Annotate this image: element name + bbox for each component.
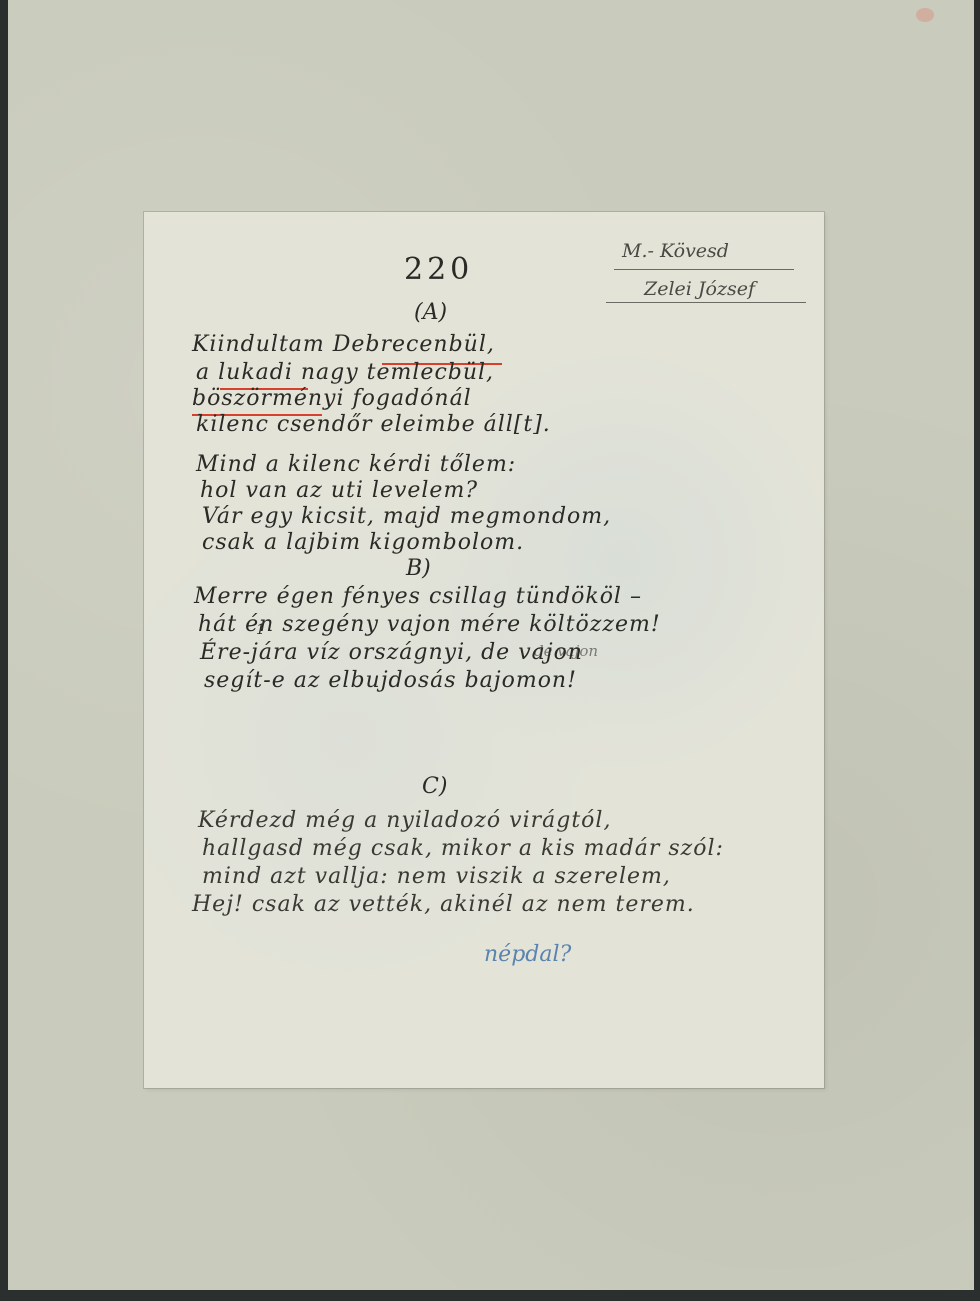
verse-line: Kérdezd még a nyiladozó virágtól, <box>198 808 611 833</box>
attribution-underline-1 <box>614 269 794 270</box>
section-c-label: C) <box>422 774 447 799</box>
verse-line: segít-e az elbujdosás bajomon! <box>204 668 577 693</box>
item-number: 220 <box>404 252 473 287</box>
superscript-mark: 1 <box>256 622 265 638</box>
verse-line: Kiindultam Debrecenbül, <box>192 332 495 357</box>
verse-line: hallgasd még csak, mikor a kis madár szó… <box>202 836 724 861</box>
section-a-label: (A) <box>414 300 447 325</box>
attribution-name: Zelei József <box>644 278 755 300</box>
verse-line: Mind a kilenc kérdi tőlem: <box>196 452 516 477</box>
mounting-card: 220 M.- Kövesd Zelei József (A) Kiindult… <box>8 0 974 1290</box>
verse-line: Ére-jára víz országnyi, de vajon <box>200 640 583 665</box>
verse-line: kilenc csendőr eleimbe áll[t]. <box>196 412 551 437</box>
verse-line: hol van az uti levelem? <box>200 478 478 503</box>
verse-line: csak a lajbim kigombolom. <box>202 530 524 555</box>
verse-line: Hej! csak az vették, akinél az nem terem… <box>192 892 695 917</box>
verse-line: böszörményi fogadónál <box>192 386 472 411</box>
margin-note-blue: népdal? <box>484 942 571 967</box>
manuscript-sheet: 220 M.- Kövesd Zelei József (A) Kiindult… <box>144 212 824 1088</box>
verse-line: mind azt vallja: nem viszik a szerelem, <box>202 864 671 889</box>
verse-line: Merre égen fényes csillag tündököl – <box>194 584 642 609</box>
attribution-underline-2 <box>606 302 806 303</box>
stain-mark <box>916 8 934 22</box>
section-b-label: B) <box>406 556 431 581</box>
verse-line: Vár egy kicsit, majd megmondom, <box>202 504 611 529</box>
attribution-place: M.- Kövesd <box>622 240 729 262</box>
verse-line: a lukadi nagy temlecbül, <box>196 360 494 385</box>
verse-line: hát én szegény vajon mére költözzem! <box>198 612 661 637</box>
